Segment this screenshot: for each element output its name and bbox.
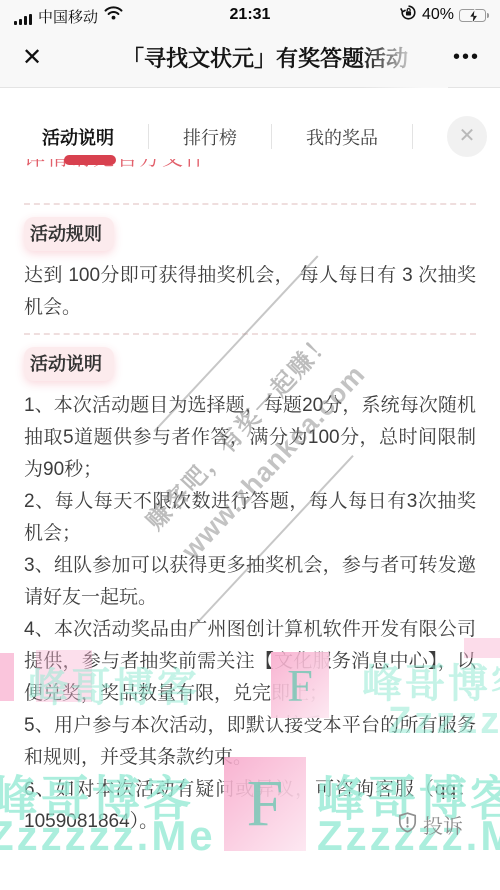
description-heading-label: 活动说明: [24, 347, 114, 381]
dashed-divider: [24, 333, 476, 335]
status-bar: 中国移动 21:31 40%: [0, 0, 500, 30]
rules-heading-label: 活动规则: [24, 217, 114, 251]
description-item-4: 4、本次活动奖品由广州图创计算机软件开发有限公司提供，参与者抽奖前需关注【文化服…: [24, 614, 476, 710]
description-item-3: 3、组队参加可以获得更多抽奖机会，参与者可转发邀请好友一起玩。: [24, 550, 476, 614]
active-tab-indicator: [64, 155, 116, 165]
tab-bar: 活动说明 排行榜 我的奖品 ✕: [0, 88, 500, 159]
charging-bolt-icon: [468, 9, 479, 24]
section-heading-rules: 活动规则: [24, 217, 476, 251]
status-right: 40%: [400, 4, 486, 26]
section-heading-description: 活动说明: [24, 347, 476, 381]
title-fade-overlay: [362, 30, 448, 88]
rules-body-text: 达到 100分即可获得抽奖机会， 每人每日有 3 次抽奖机会。: [24, 260, 476, 324]
activity-description-panel: 详情请见官方文件 活动规则 达到 100分即可获得抽奖机会， 每人每日有 3 次…: [0, 159, 500, 838]
report-button[interactable]: 投诉: [398, 810, 463, 839]
tab-separator: [148, 124, 149, 149]
description-item-2: 2、每人每天不限次数进行答题，每人每日有3次抽奖机会；: [24, 486, 476, 550]
description-item-5: 5、用户参与本次活动，即默认接受本平台的所有服务和规则，并受其条款约束。: [24, 710, 476, 774]
panel-close-button[interactable]: ✕: [447, 116, 487, 157]
screen: 中国移动 21:31 40% ✕ 「寻找文状元」有奖答题活动 ••• 活动说明: [0, 0, 500, 890]
tab-separator: [271, 124, 272, 149]
tab-leaderboard[interactable]: 排行榜: [183, 124, 237, 150]
close-icon[interactable]: ✕: [22, 30, 42, 88]
tab-my-prizes[interactable]: 我的奖品: [306, 124, 378, 150]
dashed-divider: [24, 203, 476, 205]
tab-activity-description[interactable]: 活动说明: [42, 124, 114, 150]
description-item-1: 1、本次活动题目为选择题，每题20分，系统每次随机抽取5道题供参与者作答，满分为…: [24, 390, 476, 486]
shield-exclamation-icon: [398, 812, 417, 838]
more-menu-icon[interactable]: •••: [453, 30, 480, 88]
nav-bar: ✕ 「寻找文状元」有奖答题活动 •••: [0, 30, 500, 88]
battery-percent: 40%: [422, 6, 454, 24]
report-button-label: 投诉: [423, 810, 463, 839]
tab-separator: [412, 124, 413, 149]
orientation-lock-icon: [400, 4, 417, 26]
battery-icon: [459, 9, 486, 22]
description-items: 1、本次活动题目为选择题，每题20分，系统每次随机抽取5道题供参与者作答，满分为…: [24, 390, 476, 838]
